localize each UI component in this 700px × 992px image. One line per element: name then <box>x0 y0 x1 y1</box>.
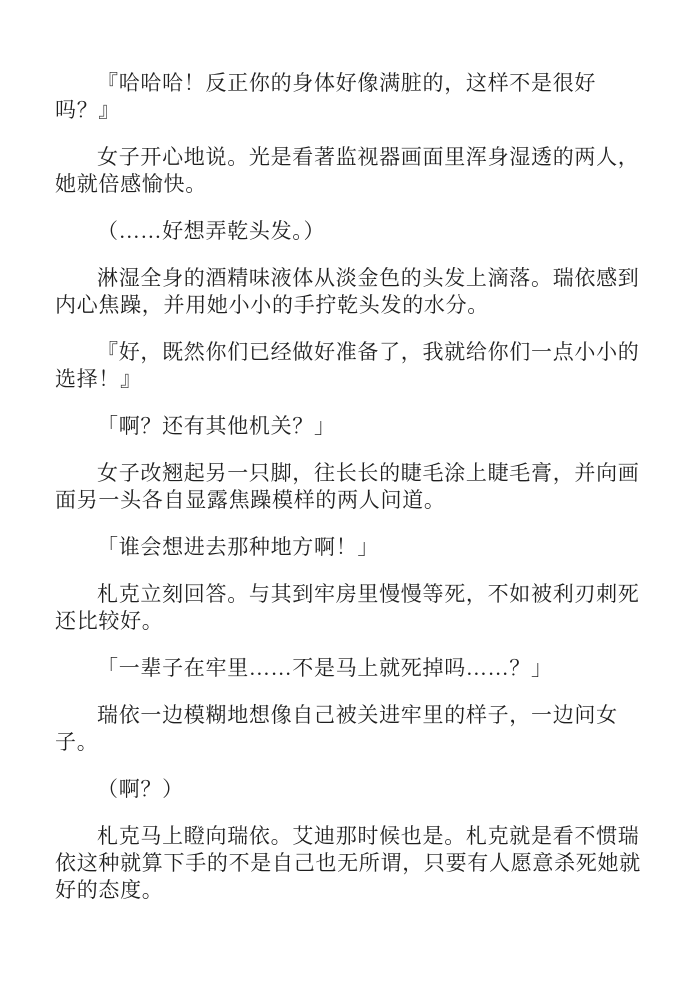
paragraph: 女子改翘起另一只脚，往长长的睫毛涂上睫毛膏，并向画 面另一头各自显露焦躁模样的两… <box>55 460 654 514</box>
document-page: 『哈哈哈！反正你的身体好像满脏的，这样不是很好 吗？』 女子开心地说。光是看著监… <box>0 0 700 992</box>
paragraph: （啊？） <box>55 776 654 803</box>
text-line: 札克马上瞪向瑞依。艾迪那时候也是。札克就是看不惯瑞 <box>55 823 654 850</box>
text-line: 『哈哈哈！反正你的身体好像满脏的，这样不是很好 <box>55 70 654 97</box>
text-line: 面另一头各自显露焦躁模样的两人问道。 <box>55 487 654 514</box>
text-line: 内心焦躁，并用她小小的手拧乾头发的水分。 <box>55 292 654 319</box>
paragraph: 『哈哈哈！反正你的身体好像满脏的，这样不是很好 吗？』 <box>55 70 654 124</box>
text-line: 瑞依一边模糊地想像自己被关进牢里的样子，一边问女 <box>55 702 654 729</box>
text-line: 淋湿全身的酒精味液体从淡金色的头发上滴落。瑞依感到 <box>55 265 654 292</box>
paragraph: 淋湿全身的酒精味液体从淡金色的头发上滴落。瑞依感到 内心焦躁，并用她小小的手拧乾… <box>55 265 654 319</box>
paragraph: 『好，既然你们已经做好准备了，我就给你们一点小小的 选择！』 <box>55 339 654 393</box>
paragraph: （……好想弄乾头发。） <box>55 218 654 245</box>
paragraph: 「一辈子在牢里……不是马上就死掉吗……？」 <box>55 655 654 682</box>
text-line: 「谁会想进去那种地方啊！」 <box>55 534 654 561</box>
paragraph: 瑞依一边模糊地想像自己被关进牢里的样子，一边问女 子。 <box>55 702 654 756</box>
text-line: （啊？） <box>55 776 654 803</box>
paragraph: 「啊？还有其他机关？」 <box>55 413 654 440</box>
text-line: 『好，既然你们已经做好准备了，我就给你们一点小小的 <box>55 339 654 366</box>
paragraph: 札克马上瞪向瑞依。艾迪那时候也是。札克就是看不惯瑞 依这种就算下手的不是自己也无… <box>55 823 654 904</box>
text-line: 吗？』 <box>55 97 654 124</box>
text-line: 依这种就算下手的不是自己也无所谓，只要有人愿意杀死她就 <box>55 850 654 877</box>
text-line: 子。 <box>55 729 654 756</box>
text-line: （……好想弄乾头发。） <box>55 218 654 245</box>
paragraph: 女子开心地说。光是看著监视器画面里浑身湿透的两人， 她就倍感愉快。 <box>55 144 654 198</box>
paragraph: 札克立刻回答。与其到牢房里慢慢等死，不如被利刃刺死 还比较好。 <box>55 581 654 635</box>
text-line: 「一辈子在牢里……不是马上就死掉吗……？」 <box>55 655 654 682</box>
text-line: 好的态度。 <box>55 877 654 904</box>
text-line: 女子改翘起另一只脚，往长长的睫毛涂上睫毛膏，并向画 <box>55 460 654 487</box>
text-line: 女子开心地说。光是看著监视器画面里浑身湿透的两人， <box>55 144 654 171</box>
paragraph: 「谁会想进去那种地方啊！」 <box>55 534 654 561</box>
text-line: 还比较好。 <box>55 608 654 635</box>
text-line: 选择！』 <box>55 366 654 393</box>
text-line: 她就倍感愉快。 <box>55 171 654 198</box>
text-line: 「啊？还有其他机关？」 <box>55 413 654 440</box>
text-line: 札克立刻回答。与其到牢房里慢慢等死，不如被利刃刺死 <box>55 581 654 608</box>
